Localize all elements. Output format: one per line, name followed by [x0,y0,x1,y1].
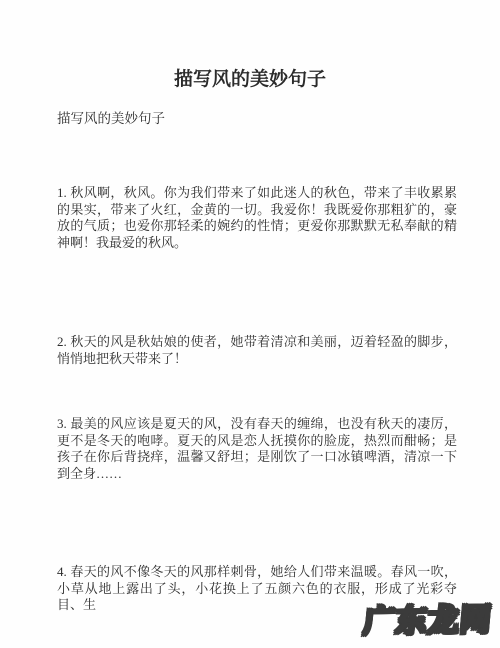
page-title: 描写风的美妙句子 [0,66,500,94]
site-watermark-logo: 广东龙网 [362,594,494,641]
paragraph-autumn-wind-1: 1. 秋风啊，秋风。你为我们带来了如此迷人的秋色，带来了丰收累累的果实，带来了火… [57,185,457,251]
paragraph-summer-wind: 3. 最美的风应该是夏天的风，没有春天的缠绵，也没有秋天的凄厉，更不是冬天的咆哮… [57,416,457,482]
page-subtitle: 描写风的美妙句子 [57,110,165,127]
document-page: 描写风的美妙句子 描写风的美妙句子 1. 秋风啊，秋风。你为我们带来了如此迷人的… [0,0,500,648]
paragraph-autumn-wind-2: 2. 秋天的风是秋姑娘的使者，她带着清凉和美丽，迈着轻盈的脚步，悄悄地把秋天带来… [57,334,457,367]
